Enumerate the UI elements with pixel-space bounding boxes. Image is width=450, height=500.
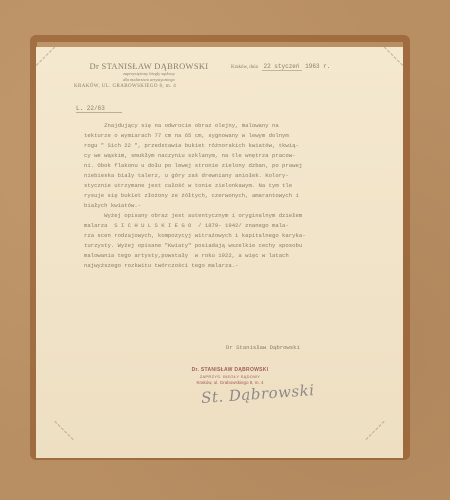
- certificate-document: Dr STANISŁAW DĄBROWSKI zaprzysiężony bie…: [36, 47, 403, 458]
- dateline-city: Kraków, dnia: [231, 65, 258, 70]
- letterhead: Dr STANISŁAW DĄBROWSKI zaprzysiężony bie…: [74, 61, 224, 89]
- letterhead-specialty: dla malarstwa artystycznego: [74, 77, 224, 83]
- dateline-date: 22 styczeń: [262, 63, 302, 71]
- photo-corner-bottom-left: [36, 421, 73, 458]
- dateline-year: 1963 r.: [305, 63, 330, 70]
- reference-number: L. 22/63: [76, 105, 122, 113]
- stamp-title: ZAPRZYS. BIEGŁY SĄDOWY: [170, 374, 290, 379]
- certificate-body: Znajdujący się na odwrocie obraz olejny,…: [84, 121, 384, 271]
- typed-signature: Dr Stanisław Dąbrowski: [226, 344, 300, 351]
- photo-corner-bottom-right: [366, 421, 403, 458]
- paragraph-attribution: Wyżej opisany obraz jest autentycznym i …: [84, 212, 306, 269]
- photo-corner-top-left: [36, 47, 73, 84]
- photo-corner-top-right: [366, 47, 403, 84]
- official-stamp: Dr. STANISŁAW DĄBROWSKI ZAPRZYS. BIEGŁY …: [170, 367, 290, 385]
- letterhead-name: Dr STANISŁAW DĄBROWSKI: [74, 61, 224, 71]
- stamp-name: Dr. STANISŁAW DĄBROWSKI: [170, 367, 290, 373]
- letterhead-address: KRAKÓW, UL. GRABOWSKIEGO 8, m. 4: [74, 84, 224, 89]
- dateline: Kraków, dnia 22 styczeń 1963 r.: [231, 63, 330, 70]
- paragraph-description: Znajdujący się na odwrocie obraz olejny,…: [84, 122, 302, 209]
